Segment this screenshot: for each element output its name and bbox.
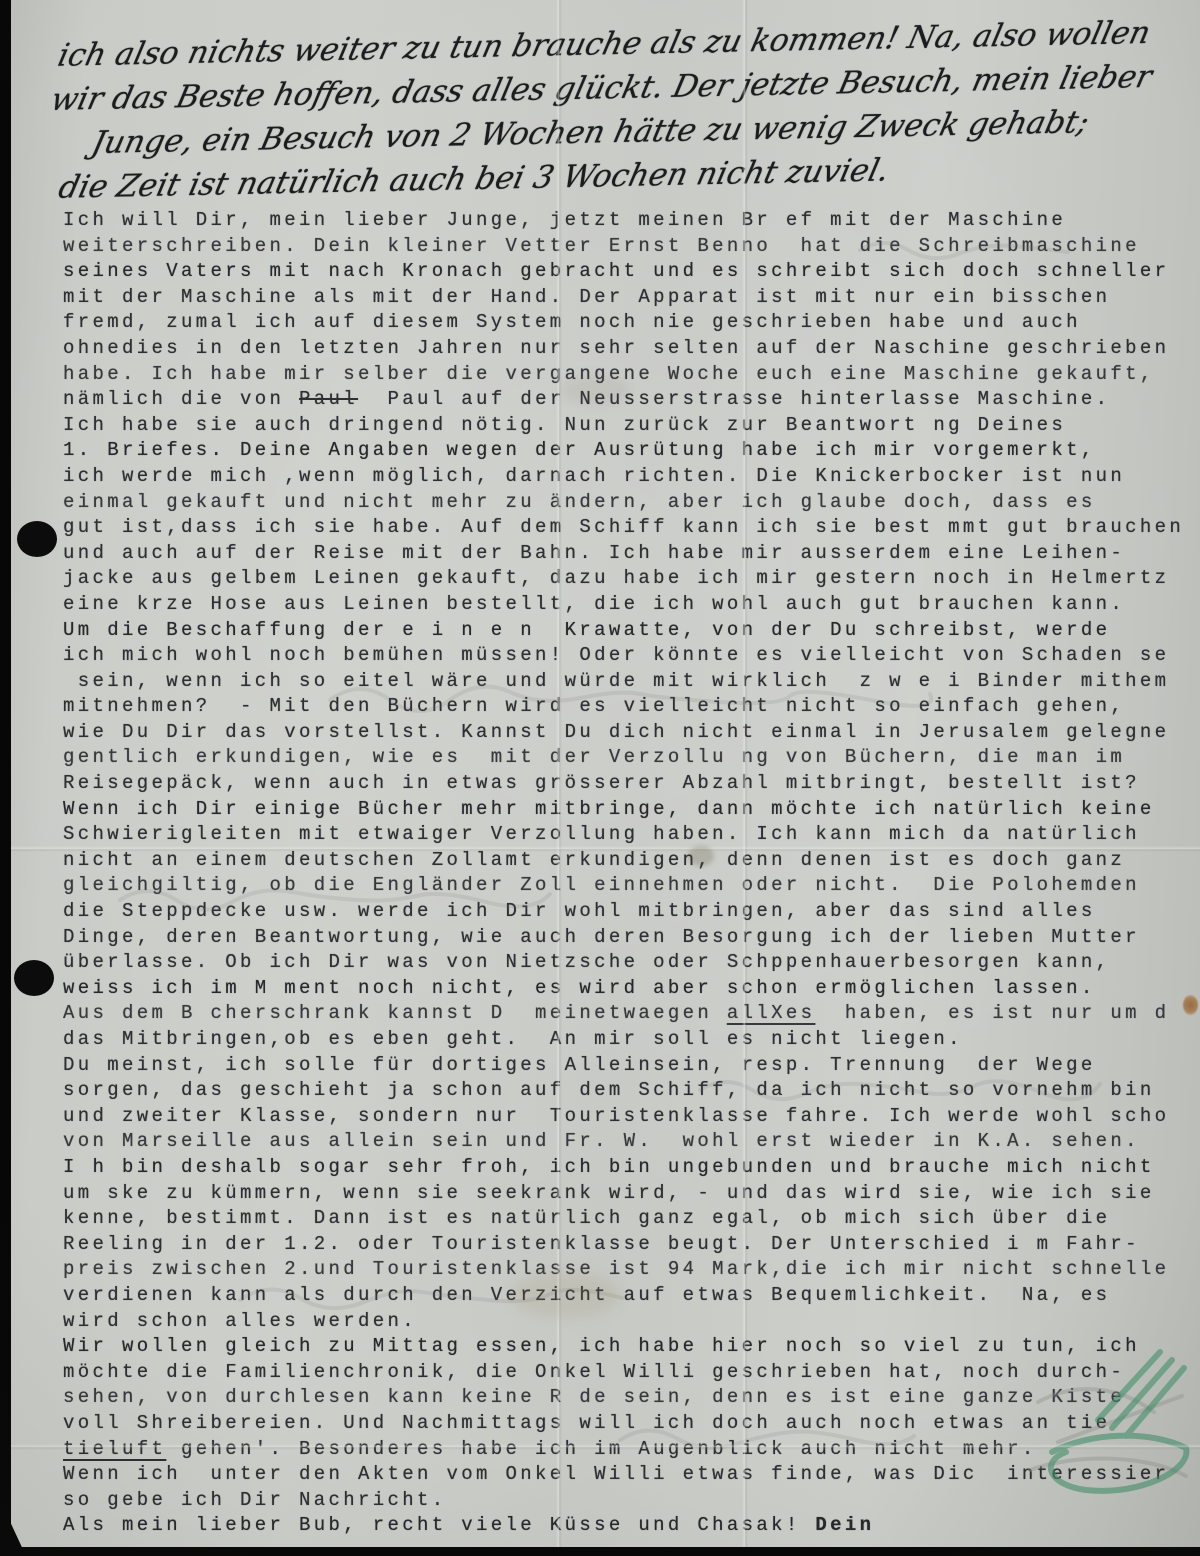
typed-line: und auch auf der Reise mit der Bahn. Ich… — [63, 541, 1200, 567]
typed-line: preis zwischen 2.und Touristenklasse ist… — [63, 1257, 1200, 1283]
typed-line: so gebe ich Dir Nachricht. — [63, 1488, 1200, 1514]
typed-line: seines Vaters mit nach Kronach gebracht … — [63, 259, 1200, 285]
typed-line: Ich habe sie auch dringend nötig. Nun zu… — [63, 413, 1200, 439]
typed-line: fremd, zumal ich auf diesem System noch … — [63, 310, 1200, 336]
typed-line: Reeling in der 1.2. oder Touristenklasse… — [63, 1232, 1200, 1258]
paper-stain — [560, 375, 630, 405]
typed-line: die Steppdecke usw. werde ich Dir wohl m… — [63, 899, 1200, 925]
typed-line: ich mich wohl noch bemühen müssen! Oder … — [63, 643, 1200, 669]
typed-line: habe. Ich habe mir selber die vergangene… — [63, 362, 1200, 388]
typed-line: nicht an einem deutschen Zollamt erkundi… — [63, 848, 1200, 874]
paper-page: ich also nichts weiter zu tun brauche al… — [0, 0, 1200, 1556]
typed-segment-b: Dein — [815, 1514, 874, 1536]
paper-stain — [688, 846, 714, 866]
typed-segment: haben, es ist nur um d — [815, 1002, 1169, 1024]
typed-segment: Aus dem B cherschrank kannst D meinetwae… — [63, 1002, 727, 1024]
typed-line: mitnehmen? - Mit den Büchern wird es vie… — [63, 694, 1200, 720]
typed-line: gleichgiltig, ob die Engländer Zoll einn… — [63, 873, 1200, 899]
typed-line: von Marseille aus allein sein und Fr. W.… — [63, 1129, 1200, 1155]
typed-line: weiss ich im M ment noch nicht, es wird … — [63, 976, 1200, 1002]
typed-line: überlasse. Ob ich Dir was von Nietzsche … — [63, 950, 1200, 976]
typed-line: einmal gekauft und nicht mehr zu ändern,… — [63, 490, 1200, 516]
typed-line: sorgen, das geschieht ja schon auf dem S… — [63, 1078, 1200, 1104]
typed-line: mit der Maschine als mit der Hand. Der A… — [63, 285, 1200, 311]
scanner-edge-left — [0, 0, 11, 1556]
punch-hole-top — [17, 521, 57, 557]
typed-segment-strike: Paul — [299, 388, 358, 410]
typed-line: kenne, bestimmt. Dann ist es natürlich g… — [63, 1206, 1200, 1232]
typed-line: gut ist,dass ich sie habe. Auf dem Schif… — [63, 515, 1200, 541]
typewritten-letter-body: Ich will Dir, mein lieber Junge, jetzt m… — [63, 208, 1200, 1548]
typed-line: tieluft gehen'. Besonderes habe ich im A… — [63, 1437, 1200, 1463]
typed-line: jacke aus gelbem Leinen gekauft, dazu ha… — [63, 566, 1200, 592]
typed-line: sehen, von durchlesen kann keine R de se… — [63, 1385, 1200, 1411]
typed-line: ich werde mich ,wenn möglich, darnach ri… — [63, 464, 1200, 490]
typed-segment-u: tieluft — [63, 1438, 166, 1460]
typed-segment: Paul auf der Neusserstrasse hinterlasse … — [358, 388, 1110, 410]
typed-line: möchte die Familienchronik, die Onkel Wi… — [63, 1360, 1200, 1386]
typed-segment: Als mein lieber Bub, recht viele Küsse u… — [63, 1514, 815, 1536]
typed-line: weiterschreiben. Dein kleiner Vetter Ern… — [63, 234, 1200, 260]
typed-line: Du meinst, ich solle für dortiges Allein… — [63, 1053, 1200, 1079]
typed-segment: gehen'. Besonderes habe ich im Augenblic… — [166, 1438, 1036, 1460]
typed-line: Schwierigleiten mit etwaiger Verzollung … — [63, 822, 1200, 848]
typed-line: um ske zu kümmern, wenn sie seekrank wir… — [63, 1181, 1200, 1207]
paper-stain — [510, 1272, 620, 1318]
typed-segment: nämlich die von — [63, 388, 299, 410]
typed-line: ohnedies in den letzten Jahren nur sehr … — [63, 336, 1200, 362]
typed-line: Wenn ich unter den Akten vom Onkel Willi… — [63, 1462, 1200, 1488]
typed-line: wird schon alles werden. — [63, 1309, 1200, 1335]
scanner-edge-bottom — [0, 1547, 1200, 1556]
typed-line: I h bin deshalb sogar sehr froh, ich bin… — [63, 1155, 1200, 1181]
typed-line: Ich will Dir, mein lieber Junge, jetzt m… — [63, 208, 1200, 234]
typed-line: Reisegepäck, wenn auch in etwas grössere… — [63, 771, 1200, 797]
typed-line: Wir wollen gleich zu Mittag essen, ich h… — [63, 1334, 1200, 1360]
typed-line: das Mitbringen,ob es eben geht. An mir s… — [63, 1027, 1200, 1053]
typed-line: 1. Briefes. Deine Angaben wegen der Ausr… — [63, 438, 1200, 464]
handwritten-note-top: ich also nichts weiter zu tun brauche al… — [50, 10, 1189, 214]
typed-line: gentlich erkundigen, wie es mit der Verz… — [63, 745, 1200, 771]
typed-line: nämlich die von Paul Paul auf der Neusse… — [63, 387, 1200, 413]
typed-line: und zweiter Klasse, sondern nur Touriste… — [63, 1104, 1200, 1130]
typed-line: Um die Beschaffung der e i n e n Krawatt… — [63, 618, 1200, 644]
punch-hole-bottom — [14, 960, 54, 996]
letter-scan: ich also nichts weiter zu tun brauche al… — [0, 0, 1200, 1556]
typed-segment-u: allXes — [727, 1002, 816, 1024]
typed-line: Aus dem B cherschrank kannst D meinetwae… — [63, 1001, 1200, 1027]
typed-line: eine krze Hose aus Leinen bestellt, die … — [63, 592, 1200, 618]
typed-line: Wenn ich Dir einige Bücher mehr mitbring… — [63, 797, 1200, 823]
typed-line: Als mein lieber Bub, recht viele Küsse u… — [63, 1513, 1200, 1539]
typed-line: Dinge, deren Beantwortung, wie auch dere… — [63, 925, 1200, 951]
typed-line: verdienen kann als durch den Verzicht au… — [63, 1283, 1200, 1309]
typed-line: sein, wenn ich so eitel wäre und würde m… — [63, 669, 1200, 695]
typed-line: wie Du Dir das vorstellst. Kannst Du dic… — [63, 720, 1200, 746]
typed-line: voll Shreibereien. Und Nachmittags will … — [63, 1411, 1200, 1437]
rust-stain — [1183, 995, 1198, 1015]
